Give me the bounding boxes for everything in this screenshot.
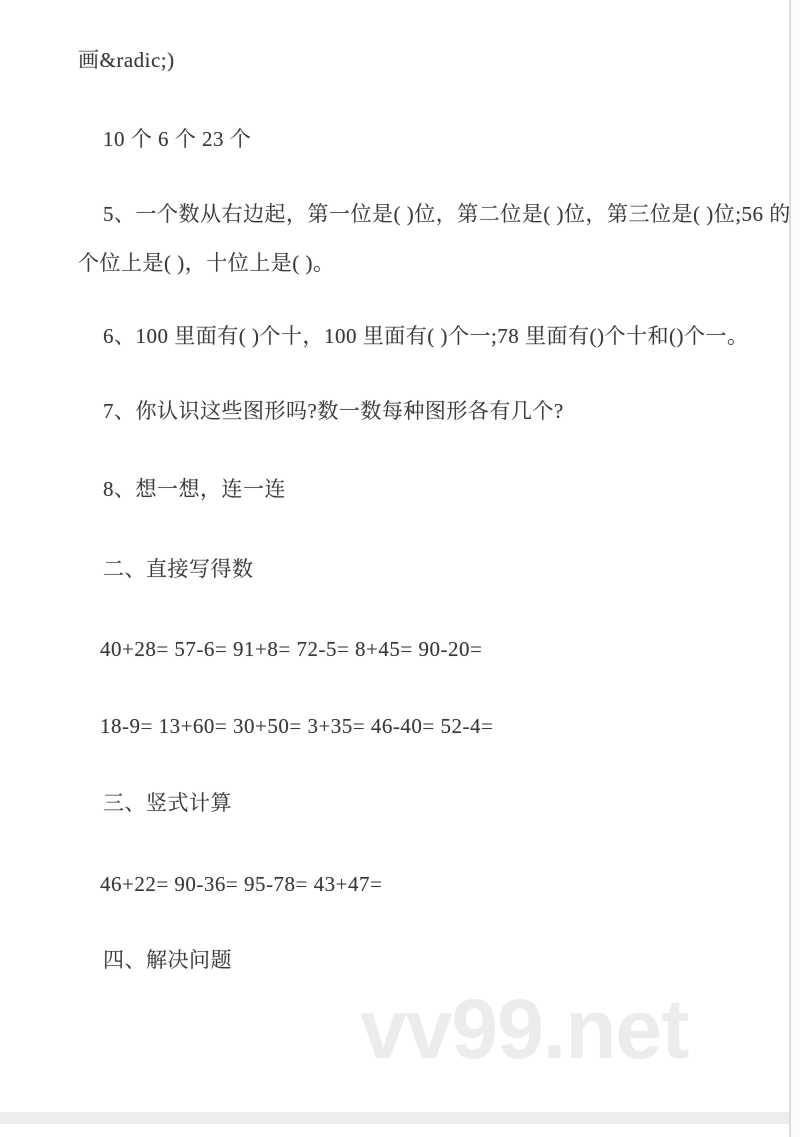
- section-heading-3: 三、竖式计算: [103, 790, 232, 816]
- text-line-equations-row-2: 18-9= 13+60= 30+50= 3+35= 46-40= 52-4=: [100, 713, 493, 739]
- watermark: vv99.net: [360, 981, 688, 1078]
- text-line-question-8: 8、想一想，连一连: [103, 476, 286, 502]
- text-line-equations-row-1: 40+28= 57-6= 91+8= 72-5= 8+45= 90-20=: [100, 636, 482, 662]
- text-line-radic-fragment: 画&radic;): [78, 47, 175, 73]
- section-heading-4: 四、解决问题: [103, 947, 232, 973]
- next-page-top: [0, 1124, 789, 1137]
- document-viewport: 画&radic;) 10 个 6 个 23 个 5、一个数从右边起，第一位是( …: [0, 0, 800, 1137]
- text-line-equations-row-3: 46+22= 90-36= 95-78= 43+47=: [100, 871, 382, 897]
- text-line-question-7: 7、你认识这些图形吗?数一数每种图形各有几个?: [103, 398, 564, 424]
- text-line-counts: 10 个 6 个 23 个: [103, 126, 251, 152]
- right-gutter: [791, 0, 800, 1137]
- page-gap-divider: [0, 1112, 789, 1124]
- text-line-question-5: 5、一个数从右边起，第一位是( )位，第二位是( )位，第三位是( )位;56 …: [103, 201, 790, 227]
- section-heading-2: 二、直接写得数: [103, 556, 254, 582]
- text-line-question-6: 6、100 里面有( )个十，100 里面有( )个一;78 里面有()个十和(…: [103, 323, 749, 349]
- document-page: 画&radic;) 10 个 6 个 23 个 5、一个数从右边起，第一位是( …: [0, 0, 790, 1112]
- text-line-question-5-wrap: 个位上是( )，十位上是( )。: [78, 250, 334, 276]
